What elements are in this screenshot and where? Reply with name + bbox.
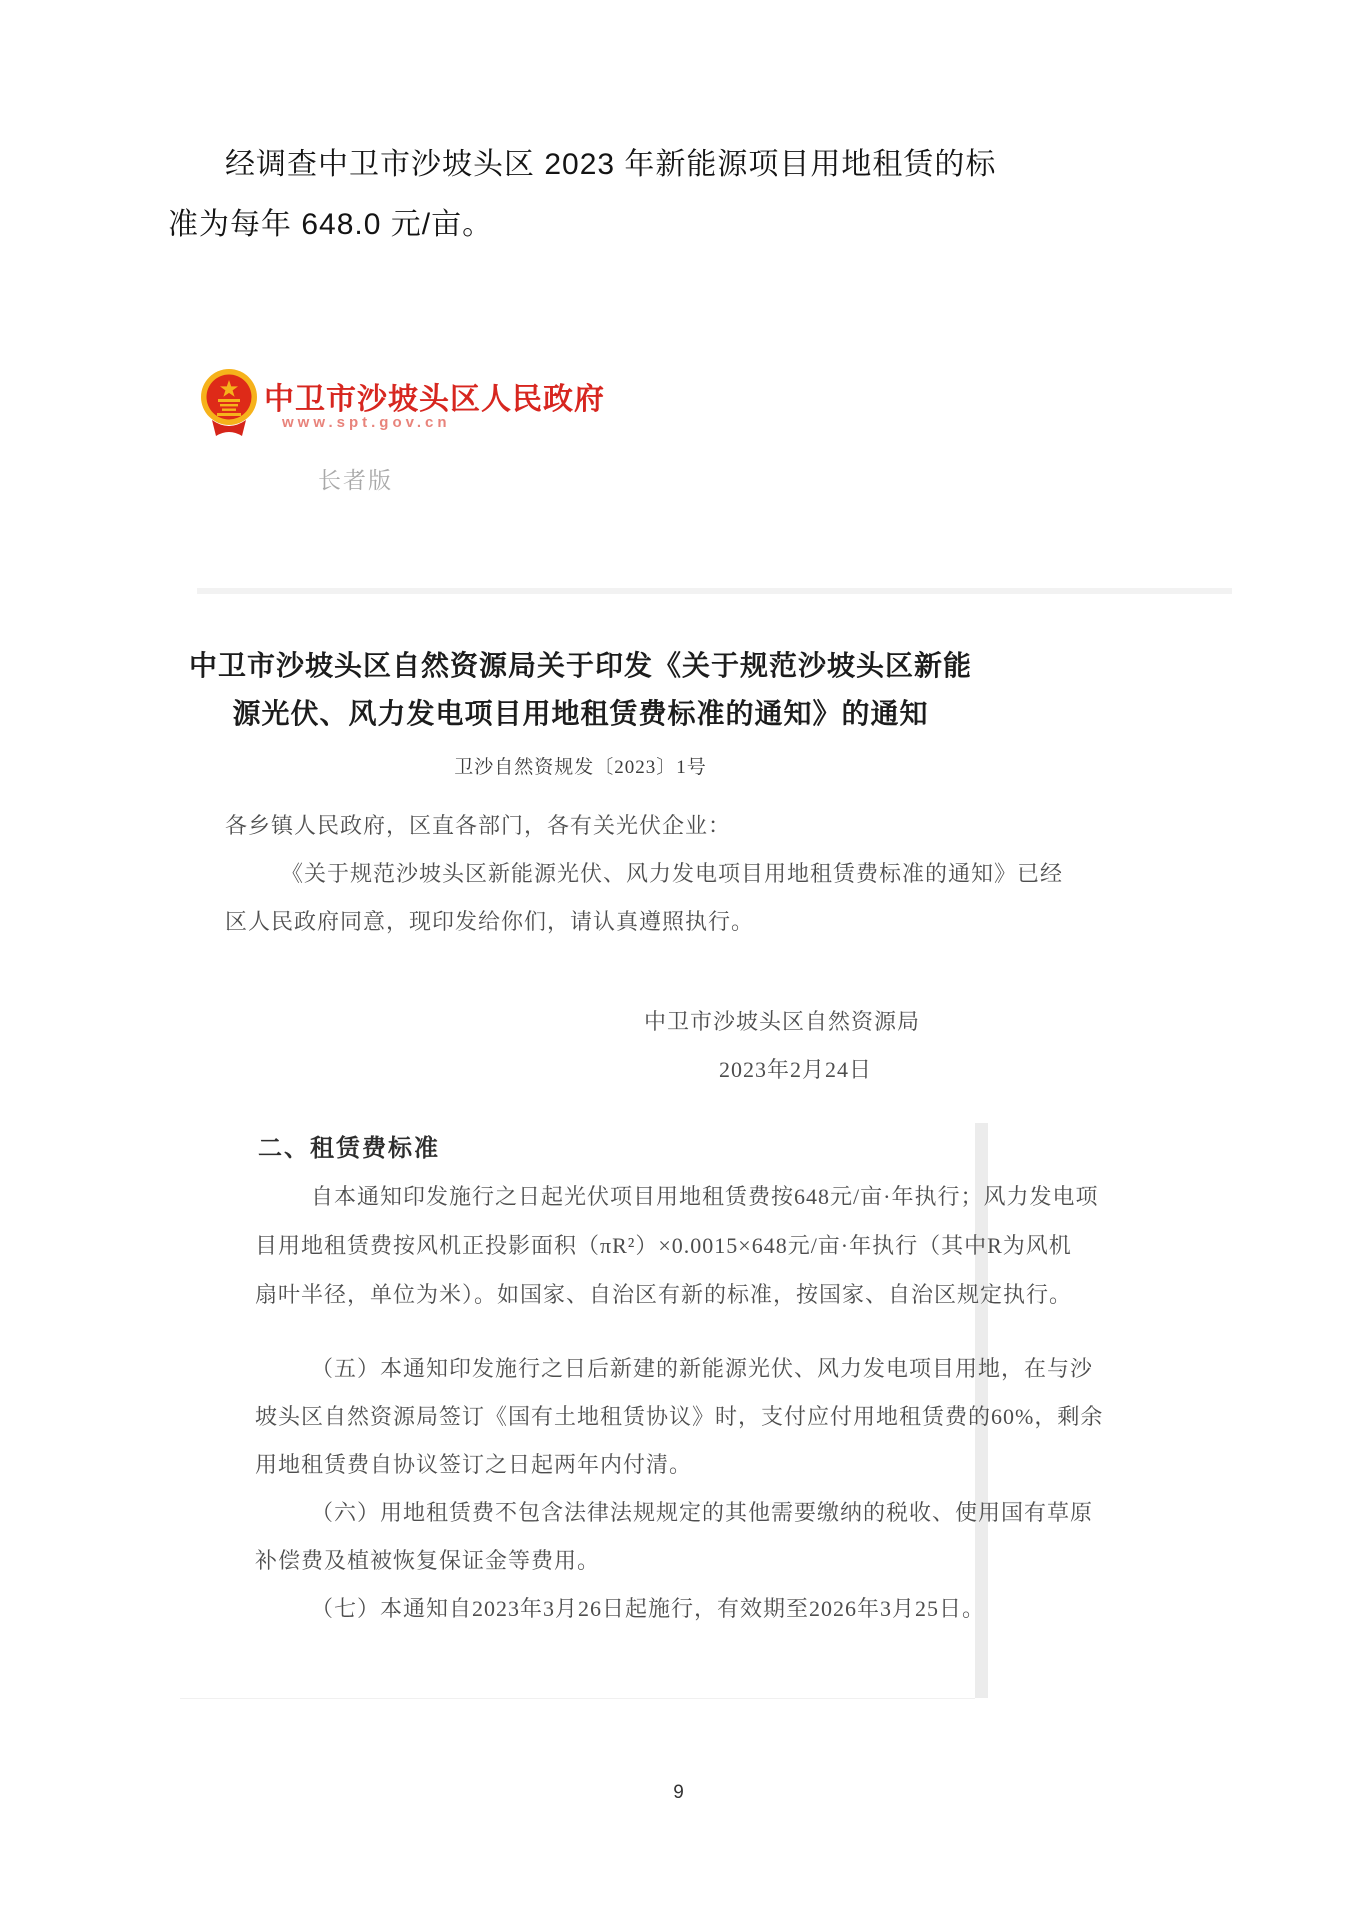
document-page: 经调查中卫市沙坡头区 2023 年新能源项目用地租赁的标 准为每年 648.0 … [0,0,1357,1920]
intro-paragraph: 经调查中卫市沙坡头区 2023 年新能源项目用地租赁的标 准为每年 648.0 … [168,135,988,255]
gov-site-url: www.spt.gov.cn [282,414,451,431]
standard-p1-line-3: 扇叶半径，单位为米）。如国家、自治区有新的标准，按国家、自治区规定执行。 [255,1270,1098,1319]
section-heading: 二、租赁费标准 [258,1128,440,1163]
standard-p2-line-4: （六）用地租赁费不包含法律法规规定的其他需要缴纳的税收、使用国有草原 [255,1489,1103,1537]
standard-section-screenshot: 二、租赁费标准 自本通知印发施行之日起光伏项目用地租赁费按648元/亩·年执行；… [180,1123,975,1699]
notice-title: 中卫市沙坡头区自然资源局关于印发《关于规范沙坡头区新能 源光伏、风力发电项目用地… [183,642,978,738]
standard-p2-line-5: 补偿费及植被恢复保证金等费用。 [255,1537,1103,1585]
notice-body: 各乡镇人民政府，区直各部门，各有关光伏企业： 《关于规范沙坡头区新能源光伏、风力… [225,802,985,946]
notice-title-line-2: 源光伏、风力发电项目用地租赁费标准的通知》的通知 [183,690,978,738]
notice-body-line-1: 《关于规范沙坡头区新能源光伏、风力发电项目用地租赁费标准的通知》已经 [225,850,985,898]
standard-paragraph-1: 自本通知印发施行之日起光伏项目用地租赁费按648元/亩·年执行；风力发电项 目用… [255,1172,1098,1319]
standard-paragraph-2: （五）本通知印发施行之日后新建的新能源光伏、风力发电项目用地，在与沙 坡头区自然… [255,1345,1103,1633]
standard-p1-line-2: 目用地租赁费按风机正投影面积（πR²）×0.0015×648元/亩·年执行（其中… [255,1221,1098,1270]
standard-p1-line-1: 自本通知印发施行之日起光伏项目用地租赁费按648元/亩·年执行；风力发电项 [255,1172,1098,1221]
notice-body-line-2: 区人民政府同意，现印发给你们，请认真遵照执行。 [225,898,985,946]
section-divider [197,588,1232,594]
standard-p2-line-6: （七）本通知自2023年3月26日起施行，有效期至2026年3月25日。 [255,1585,1103,1633]
notice-doc-number: 卫沙自然资规发〔2023〕1号 [183,752,978,779]
elder-version-label: 长者版 [318,462,393,495]
national-emblem-icon [200,368,258,438]
notice-title-line-1: 中卫市沙坡头区自然资源局关于印发《关于规范沙坡头区新能 [183,642,978,690]
notice-salutation: 各乡镇人民政府，区直各部门，各有关光伏企业： [225,802,985,850]
standard-p2-line-3: 用地租赁费自协议签订之日起两年内付清。 [255,1441,1103,1489]
intro-line-1: 经调查中卫市沙坡头区 2023 年新能源项目用地租赁的标 [168,135,988,195]
gov-site-title: 中卫市沙坡头区人民政府 [264,374,605,418]
standard-p2-line-1: （五）本通知印发施行之日后新建的新能源光伏、风力发电项目用地，在与沙 [255,1345,1103,1393]
standard-p2-line-2: 坡头区自然资源局签订《国有土地租赁协议》时，支付应付用地租赁费的60%，剩余 [255,1393,1103,1441]
notice-sign-date: 2023年2月24日 [719,1046,872,1094]
intro-line-2: 准为每年 648.0 元/亩。 [168,195,988,255]
notice-signer: 中卫市沙坡头区自然资源局 [644,998,920,1046]
page-number: 9 [0,1782,1357,1804]
